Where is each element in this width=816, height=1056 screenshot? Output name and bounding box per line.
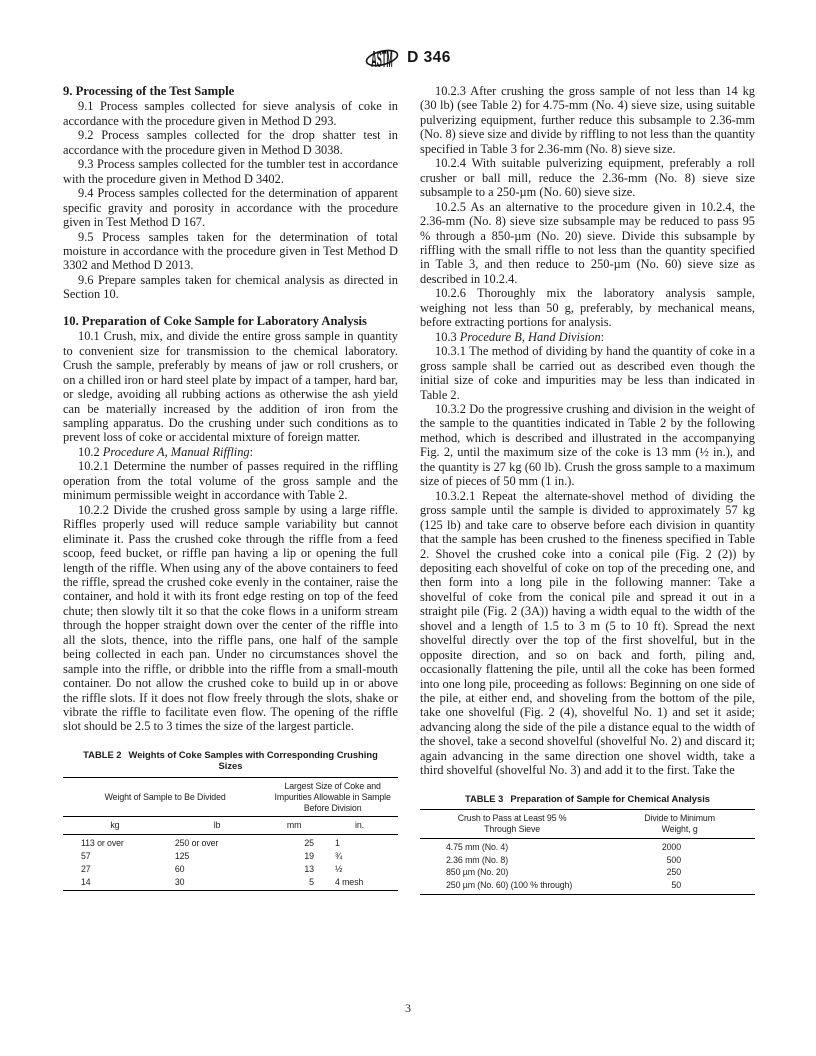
table-3-cell: 50 xyxy=(604,879,755,894)
table-2: TABLE 2Weights of Coke Samples with Corr… xyxy=(63,749,398,891)
para-9-4: 9.4 Process samples collected for the de… xyxy=(63,186,398,229)
table-2-cell: 30 xyxy=(167,876,268,891)
table-row: 2.36 mm (No. 8) 500 xyxy=(420,854,755,867)
table-2-cell: 25 xyxy=(267,835,321,850)
table-2-unit-header-row: kg lb mm in. xyxy=(63,817,398,835)
para-10-2-2: 10.2.2 Divide the crushed gross sample b… xyxy=(63,503,398,734)
table-3-cell: 850 µm (No. 20) xyxy=(420,866,604,879)
table-3-header-row: Crush to Pass at Least 95 % Through Siev… xyxy=(420,810,755,839)
table-3: TABLE 3Preparation of Sample for Chemica… xyxy=(420,793,755,895)
left-column: 9. Processing of the Test Sample 9.1 Pro… xyxy=(63,84,398,895)
para-10-3-2: 10.3.2 Do the progressive crushing and d… xyxy=(420,402,755,489)
section-heading-10: 10. Preparation of Coke Sample for Labor… xyxy=(63,314,398,328)
table-2-caption-title: Weights of Coke Samples with Correspondi… xyxy=(129,749,378,772)
para-9-1: 9.1 Process samples collected for sieve … xyxy=(63,99,398,128)
table-3-cell: 4.75 mm (No. 4) xyxy=(420,838,604,853)
table-2-cell: 13 xyxy=(267,863,321,876)
table-2-cell: 19 xyxy=(267,850,321,863)
para-10-3: 10.3 Procedure B, Hand Division: xyxy=(420,330,755,344)
table-row: 27 60 13 ½ xyxy=(63,863,398,876)
table-2-group-header: Weight of Sample to Be Divided xyxy=(63,777,267,816)
para-number: 10.2 xyxy=(78,445,103,459)
table-3-cell: 500 xyxy=(604,854,755,867)
table-3-cell: 2.36 mm (No. 8) xyxy=(420,854,604,867)
astm-logo-icon: ASTM xyxy=(365,44,399,72)
table-2-cell: 14 xyxy=(63,876,167,891)
table-2-cell: 60 xyxy=(167,863,268,876)
para-10-2-3: 10.2.3 After crushing the gross sample o… xyxy=(420,84,755,156)
table-3-caption-label: TABLE 3 xyxy=(465,793,503,804)
table-3-cell: 2000 xyxy=(604,838,755,853)
table-2-cell: 125 xyxy=(167,850,268,863)
para-tail: : xyxy=(250,445,253,459)
para-10-2-5: 10.2.5 As an alternative to the procedur… xyxy=(420,200,755,287)
table-2-unit-header: in. xyxy=(321,817,398,835)
table-2-group-header: Largest Size of Coke and Impurities Allo… xyxy=(267,777,398,816)
table-2-unit-header: mm xyxy=(267,817,321,835)
table-2-caption: TABLE 2Weights of Coke Samples with Corr… xyxy=(83,749,378,772)
table-3-header: Crush to Pass at Least 95 % Through Siev… xyxy=(420,810,604,839)
para-10-2-1: 10.2.1 Determine the number of passes re… xyxy=(63,459,398,502)
para-10-2-6: 10.2.6 Thoroughly mix the laboratory ana… xyxy=(420,286,755,329)
para-tail: : xyxy=(601,330,604,344)
table-3-header: Divide to Minimum Weight, g xyxy=(604,810,755,839)
table-3-caption-title: Preparation of Sample for Chemical Analy… xyxy=(510,793,710,804)
table-2-cell: 113 or over xyxy=(63,835,167,850)
table-2-cell: 250 or over xyxy=(167,835,268,850)
table-2-cell: 4 mesh xyxy=(321,876,398,891)
table-2-unit-header: kg xyxy=(63,817,167,835)
table-2-group-header-row: Weight of Sample to Be Divided Largest S… xyxy=(63,777,398,816)
right-column: 10.2.3 After crushing the gross sample o… xyxy=(420,84,755,895)
table-2-cell: ¾ xyxy=(321,850,398,863)
table-2-cell: 57 xyxy=(63,850,167,863)
table-2-cell: ½ xyxy=(321,863,398,876)
para-10-2-4: 10.2.4 With suitable pulverizing equipme… xyxy=(420,156,755,199)
table-3-caption: TABLE 3Preparation of Sample for Chemica… xyxy=(440,793,735,805)
para-10-3-1: 10.3.1 The method of dividing by hand th… xyxy=(420,344,755,402)
document-page: ASTM D 346 9. Processing of the Test Sam… xyxy=(0,0,816,1056)
para-9-6: 9.6 Prepare samples taken for chemical a… xyxy=(63,273,398,302)
para-10-2: 10.2 Procedure A, Manual Riffling: xyxy=(63,445,398,459)
para-number: 10.3 xyxy=(435,330,460,344)
document-body: 9. Processing of the Test Sample 9.1 Pro… xyxy=(63,84,755,895)
para-9-2: 9.2 Process samples collected for the dr… xyxy=(63,128,398,157)
para-9-5: 9.5 Process samples taken for the determ… xyxy=(63,230,398,273)
table-2-cell: 27 xyxy=(63,863,167,876)
table-2-unit-header: lb xyxy=(167,817,268,835)
table-3-cell: 250 µm (No. 60) (100 % through) xyxy=(420,879,604,894)
table-row: 113 or over 250 or over 25 1 xyxy=(63,835,398,850)
doc-code: D 346 xyxy=(407,49,451,67)
procedure-b-label: Procedure B, Hand Division xyxy=(460,330,601,344)
table-row: 57 125 19 ¾ xyxy=(63,850,398,863)
table-row: 850 µm (No. 20) 250 xyxy=(420,866,755,879)
table-3-cell: 250 xyxy=(604,866,755,879)
table-2-cell: 1 xyxy=(321,835,398,850)
table-2-cell: 5 xyxy=(267,876,321,891)
table-2-caption-label: TABLE 2 xyxy=(83,749,121,760)
para-10-1: 10.1 Crush, mix, and divide the entire g… xyxy=(63,329,398,445)
procedure-a-label: Procedure A, Manual Riffling xyxy=(103,445,250,459)
section-heading-9: 9. Processing of the Test Sample xyxy=(63,84,398,98)
page-number: 3 xyxy=(0,1001,816,1016)
doc-header: ASTM D 346 xyxy=(0,44,816,72)
para-10-3-2-1: 10.3.2.1 Repeat the alternate-shovel met… xyxy=(420,489,755,778)
para-9-3: 9.3 Process samples collected for the tu… xyxy=(63,157,398,186)
table-row: 14 30 5 4 mesh xyxy=(63,876,398,891)
table-row: 250 µm (No. 60) (100 % through) 50 xyxy=(420,879,755,894)
table-row: 4.75 mm (No. 4) 2000 xyxy=(420,838,755,853)
